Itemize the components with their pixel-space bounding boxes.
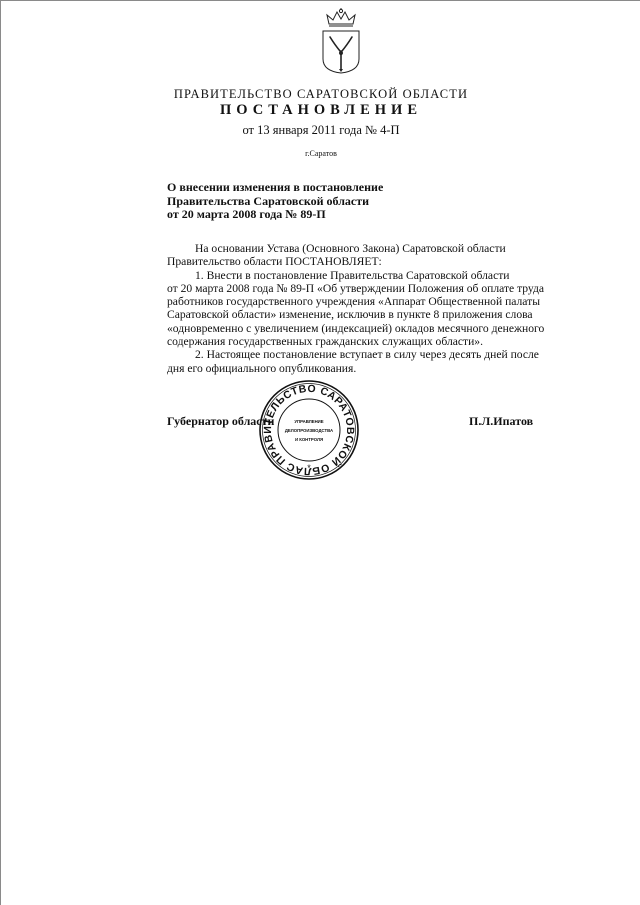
body-text-line: На основании Устава (Основного Закона) С… [167, 242, 475, 255]
organization-name: ПРАВИТЕЛЬСТВО САРАТОВСКОЙ ОБЛАСТИ [1, 87, 640, 102]
document-date-number: от 13 января 2011 года № 4-П [1, 123, 640, 138]
seal-inner-text: И КОНТРОЛЯ [295, 437, 323, 442]
body-text-line: 1. Внести в постановление Правительства … [167, 269, 475, 282]
signatory-name: П.Л.Ипатов [469, 414, 533, 429]
seal-inner-text: УПРАВЛЕНИЕ [294, 419, 323, 424]
body-text-line: Саратовской области» изменение, исключив… [167, 308, 475, 321]
subject-line: О внесении изменения в постановление [167, 181, 467, 195]
subject-line: Правительства Саратовской области [167, 195, 467, 209]
body-text-line: работников государственного учреждения «… [167, 295, 475, 308]
document-type-heading: ПОСТАНОВЛЕНИЕ [1, 102, 640, 119]
body-text-line: от 20 марта 2008 года № 89-П «Об утвержд… [167, 282, 475, 295]
document-subject: О внесении изменения в постановление Пра… [167, 181, 467, 222]
body-text-line: содержания государственных гражданских с… [167, 335, 475, 348]
body-text-line: 2. Настоящее постановление вступает в си… [167, 348, 475, 361]
seal-star: * [307, 463, 311, 473]
official-seal-icon: ПРАВИТЕЛЬСТВО САРАТОВСКОЙ ОБЛАСТИ * УПРА… [258, 379, 360, 481]
document-body: На основании Устава (Основного Закона) С… [167, 242, 475, 375]
body-text-line: «одновременно с увеличением (индексацией… [167, 322, 475, 335]
seal-inner-text: ДЕЛОПРОИЗВОДСТВА [285, 428, 333, 433]
subject-line: от 20 марта 2008 года № 89-П [167, 208, 467, 222]
body-text-line: Правительство области ПОСТАНОВЛЯЕТ: [167, 255, 475, 268]
body-text-line: дня его официального опубликования. [167, 362, 475, 375]
document-city: г.Саратов [1, 149, 640, 158]
coat-of-arms-icon [319, 7, 363, 75]
